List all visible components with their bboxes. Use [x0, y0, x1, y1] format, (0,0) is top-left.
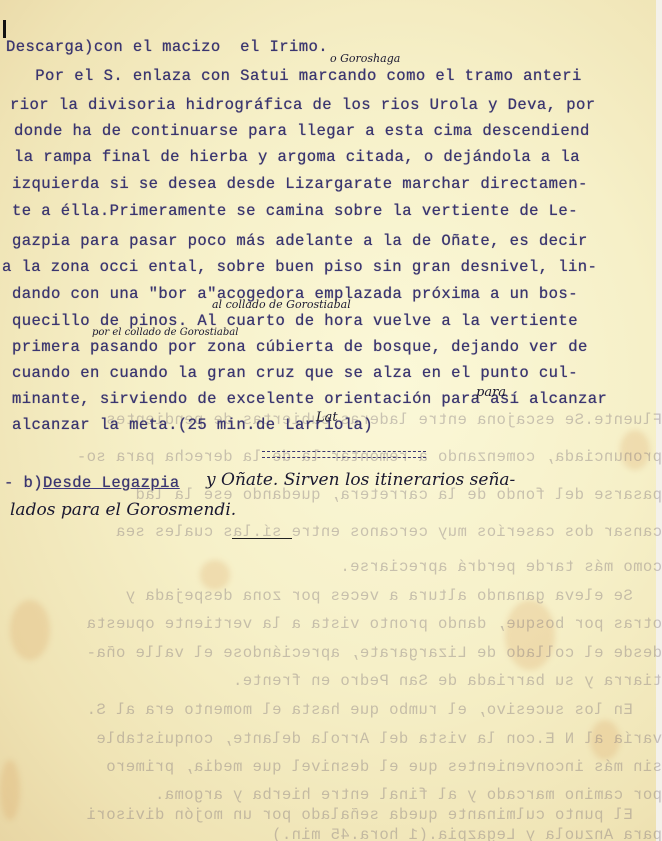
handwritten-continuation: y Oñate. Sirven los itinerarios seña- [206, 470, 515, 490]
annotation: para [476, 385, 506, 400]
typed-line: la rampa final de hierba y argoma citada… [14, 148, 580, 166]
typed-line: izquierda si se desea desde Lizargarate … [12, 175, 588, 193]
typed-line: primera pasando por zona cúbierta de bos… [12, 338, 588, 356]
section-divider [262, 451, 426, 458]
typed-line: donde ha de continuarse para llegar a es… [14, 122, 590, 140]
typed-line: Descarga)con el macizo el Irimo. [6, 38, 328, 56]
short-rule [232, 538, 292, 539]
handwritten-line: lados para el Gorosmendi. [10, 500, 236, 520]
annotation: o Goroshaga [330, 52, 400, 65]
typed-line: minante, sirviendo de excelente orientac… [12, 390, 607, 408]
typed-line: Por el S. enlaza con Satui marcando como… [6, 67, 582, 85]
typed-line: te a élla.Primeramente se camina sobre l… [12, 202, 578, 220]
annotation: al collado de Gorostiabal [212, 298, 351, 311]
typed-line: a la zona occi ental, sobre buen piso si… [2, 258, 597, 276]
typed-line: rior la divisoria hidrográfica de los ri… [10, 96, 595, 114]
annotation: Lat [316, 410, 338, 425]
annotation: por el collado de Gorostiabal [92, 327, 238, 338]
typed-line: cuando en cuando la gran cruz que se alz… [12, 364, 578, 382]
section-b-heading: - b)Desde Legazpia [4, 474, 180, 492]
margin-mark [3, 20, 6, 38]
typed-line: gazpia para pasar poco más adelante a la… [12, 232, 588, 250]
